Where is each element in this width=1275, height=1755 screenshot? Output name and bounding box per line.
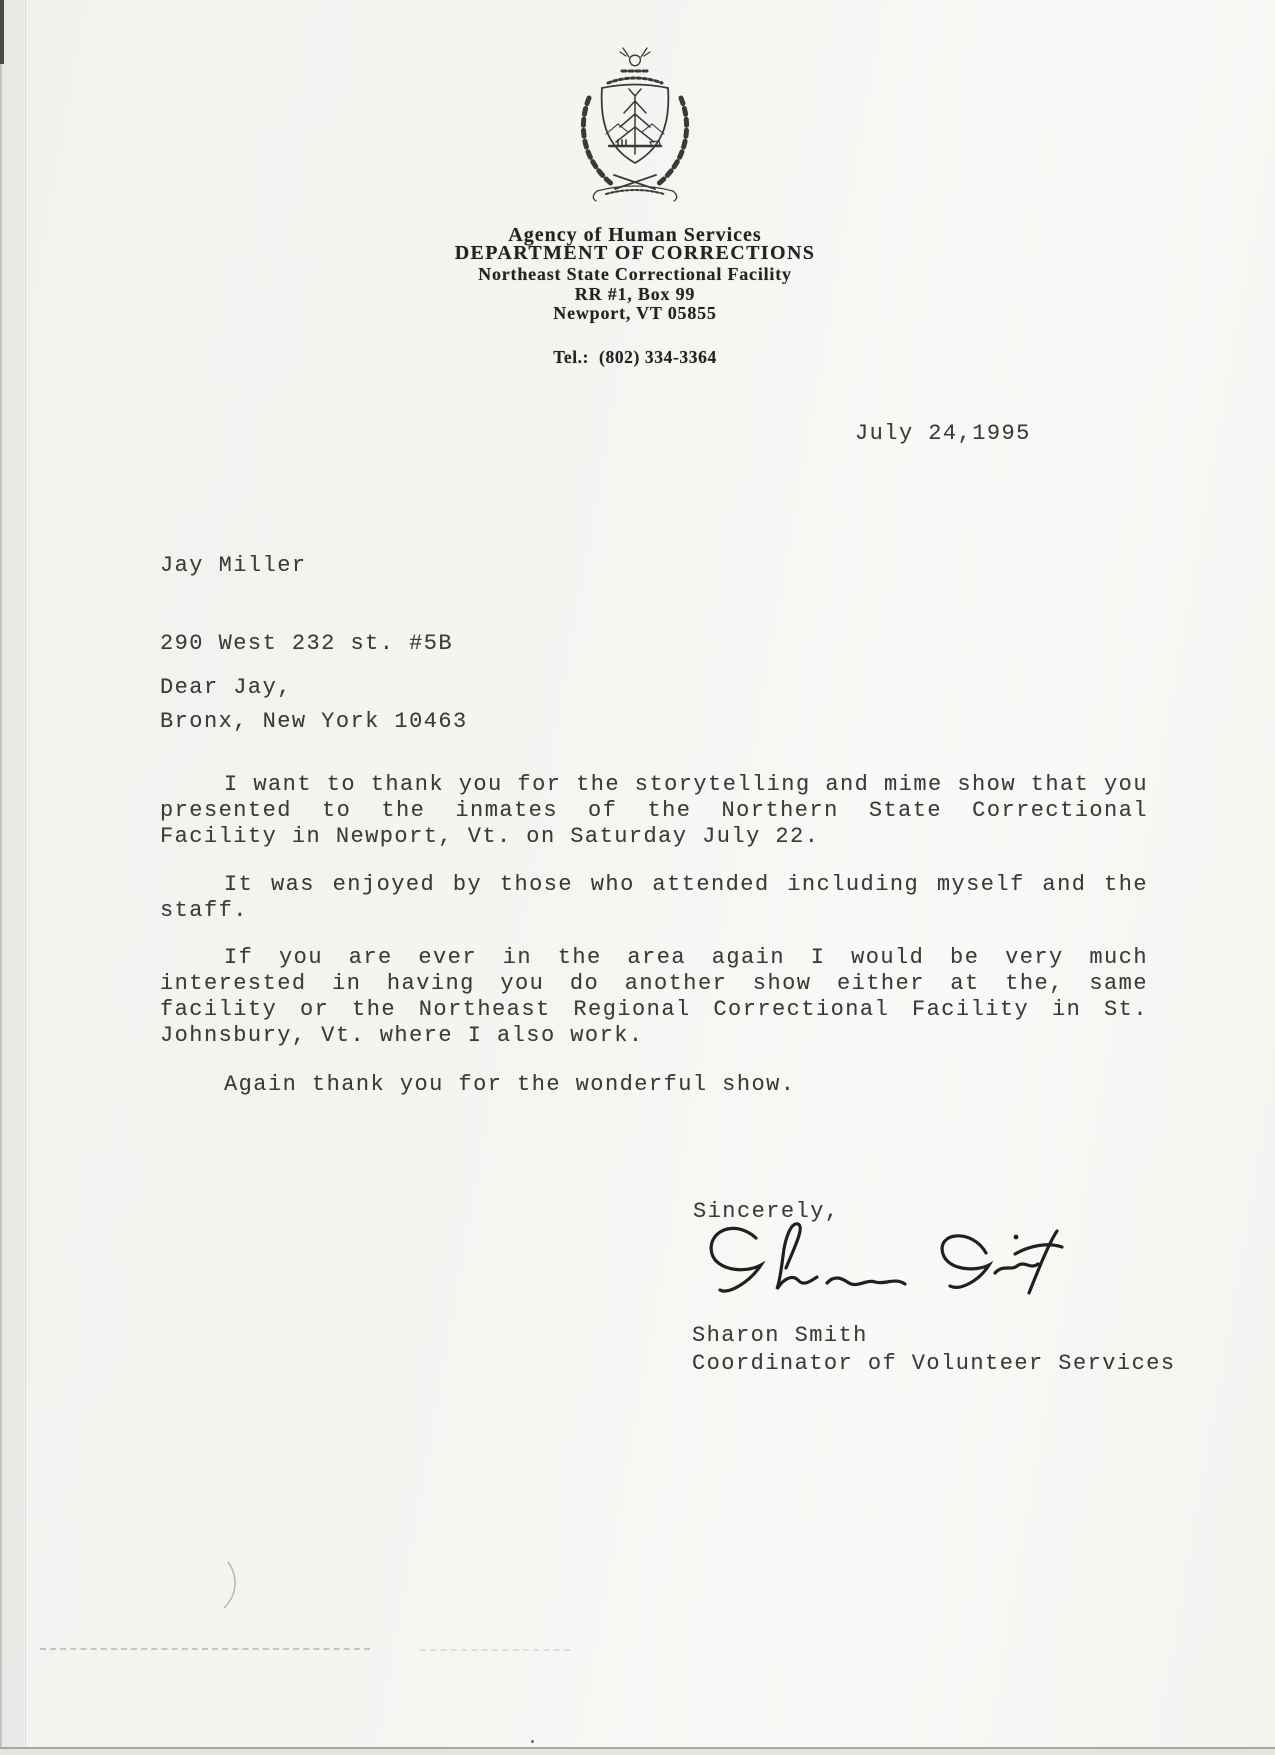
vermont-state-seal-icon xyxy=(568,46,702,204)
body-line: facility or the Northeast Regional Corre… xyxy=(160,997,1148,1023)
scan-corner-mark xyxy=(0,0,4,64)
scan-dashed-artifact xyxy=(40,1648,370,1650)
recipient-address: Jay Miller 290 West 232 st. #5B Bronx, N… xyxy=(160,501,468,787)
date-line: July 24,1995 xyxy=(855,421,1031,447)
body-line: It was enjoyed by those who attended inc… xyxy=(160,872,1148,898)
body-paragraph: I want to thank you for the storytelling… xyxy=(160,772,1148,850)
body-line: staff. xyxy=(160,898,1148,924)
recipient-name: Jay Miller xyxy=(160,553,468,579)
letterhead-facility: Northeast State Correctional Facility xyxy=(0,264,1270,285)
scan-bottom-edge xyxy=(0,1747,1275,1755)
body-paragraph: Again thank you for the wonderful show. xyxy=(160,1072,1148,1098)
body-line: interested in having you do another show… xyxy=(160,971,1148,997)
body-line: Again thank you for the wonderful show. xyxy=(160,1072,1148,1098)
body-line: Facility in Newport, Vt. on Saturday Jul… xyxy=(160,824,1148,850)
letterhead-po-box: RR #1, Box 99 xyxy=(0,284,1270,305)
letterhead-city-state-zip: Newport, VT 05855 xyxy=(0,303,1270,324)
scanned-letter-page: Agency of Human Services DEPARTMENT OF C… xyxy=(0,0,1275,1755)
body-line: If you are ever in the area again I woul… xyxy=(160,945,1148,971)
body-line: Johnsbury, Vt. where I also work. xyxy=(160,1023,1148,1049)
signer-title: Coordinator of Volunteer Services xyxy=(692,1351,1176,1377)
recipient-city: Bronx, New York 10463 xyxy=(160,709,468,735)
salutation: Dear Jay, xyxy=(160,675,292,701)
scan-dashed-artifact xyxy=(420,1649,570,1651)
body-line: presented to the inmates of the Northern… xyxy=(160,798,1148,824)
handwritten-signature xyxy=(698,1220,1076,1326)
letterhead-department: DEPARTMENT OF CORRECTIONS xyxy=(0,242,1270,265)
body-line: I want to thank you for the storytelling… xyxy=(160,772,1148,798)
body-paragraph: It was enjoyed by those who attended inc… xyxy=(160,872,1148,924)
recipient-street: 290 West 232 st. #5B xyxy=(160,631,468,657)
scan-speck xyxy=(531,1740,534,1743)
stray-pen-mark xyxy=(212,1558,242,1612)
body-paragraph: If you are ever in the area again I woul… xyxy=(160,945,1148,1049)
signer-name: Sharon Smith xyxy=(692,1323,868,1349)
letterhead-phone: Tel.: (802) 334-3364 xyxy=(0,347,1270,368)
